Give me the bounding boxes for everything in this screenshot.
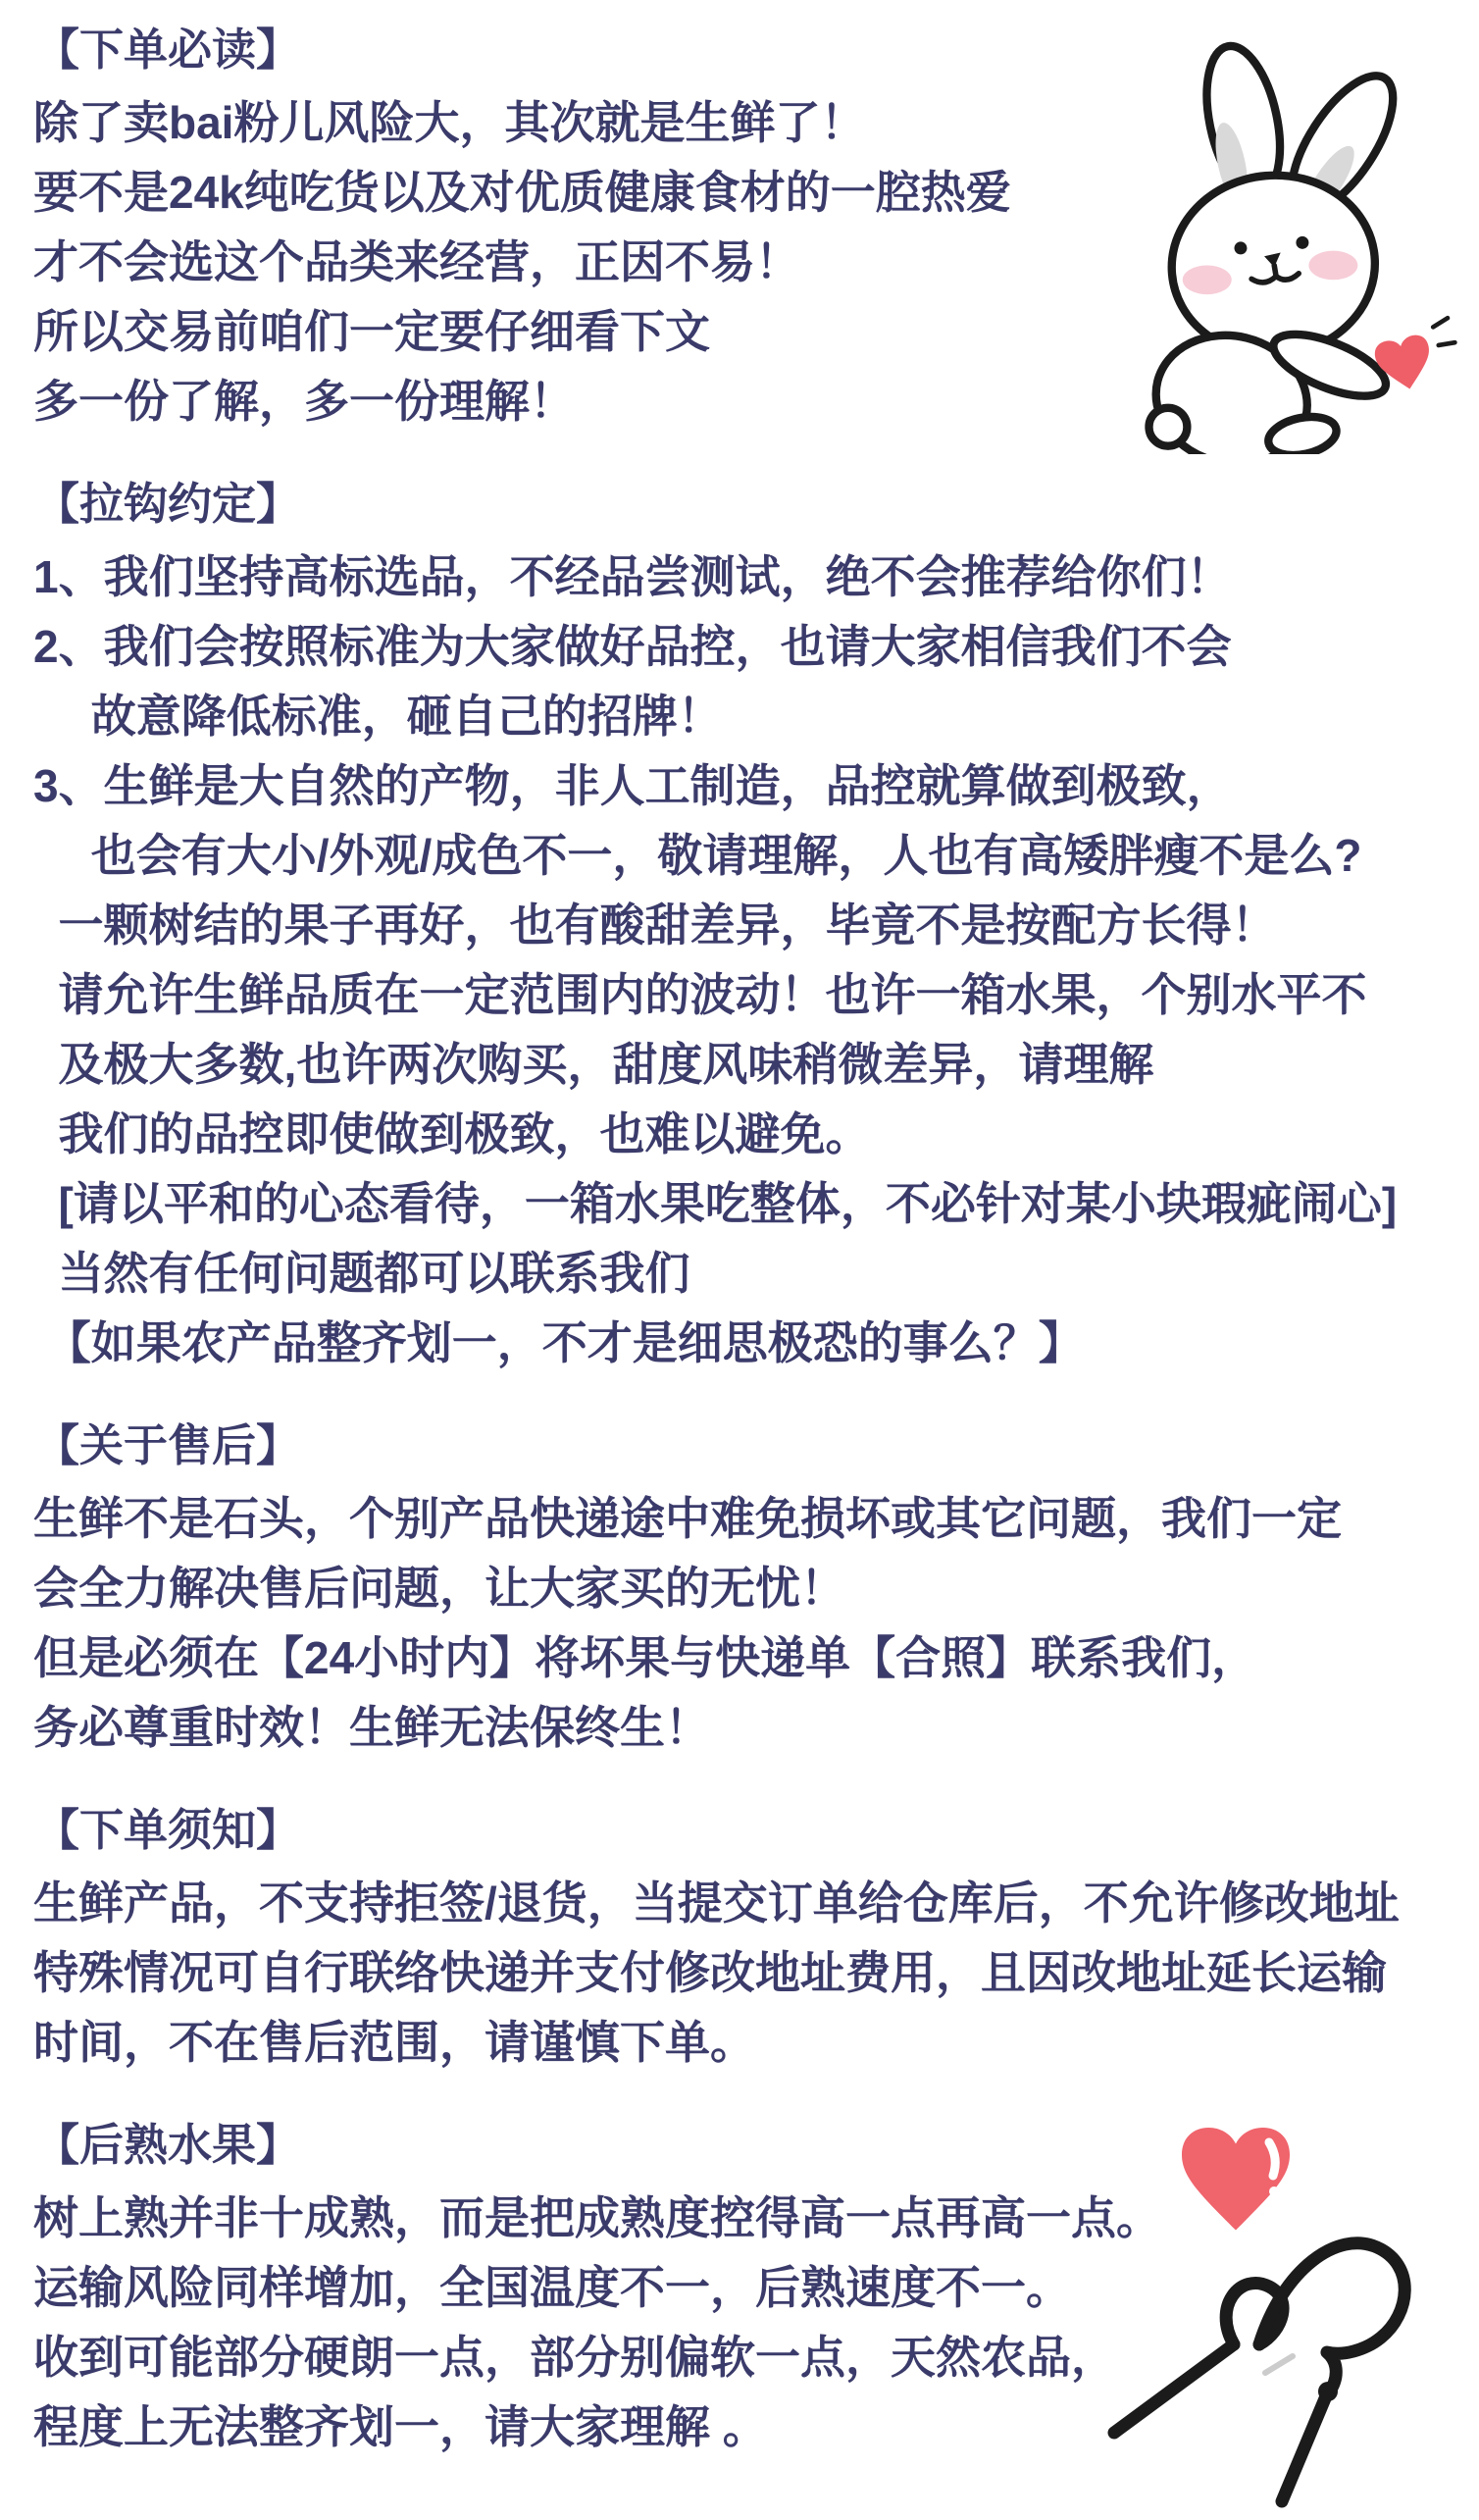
text-line: 1、我们坚持高标选品，不经品尝测试，绝不会推荐给你们！ <box>33 542 1465 612</box>
wrist-line <box>1282 2391 1328 2501</box>
eye-left <box>1235 241 1248 254</box>
hand-edge <box>1114 2344 1234 2433</box>
section-heading: 【关于售后】 <box>35 1417 1465 1474</box>
text-line: 及极大多数,也许两次购买，甜度风味稍微差异，请理解 <box>33 1030 1465 1100</box>
section-heading: 【拉钩约定】 <box>35 476 1465 533</box>
text-line: 生鲜不是石头，个别产品快递途中难免损坏或其它问题，我们一定 <box>33 1484 1465 1554</box>
hand-shadow-line <box>1265 2356 1293 2373</box>
text-line: 【如果农产品整齐划一，不才是细思极恐的事么？】 <box>33 1309 1465 1378</box>
text-line: 也会有大小/外观/成色不一，敬请理解，人也有高矮胖瘦不是么? <box>33 821 1465 891</box>
eye-right <box>1296 236 1308 249</box>
product-notice-page: 【下单必读】除了卖bai粉儿风险大，其次就是生鲜了！要不是24k纯吃货以及对优质… <box>0 0 1479 2520</box>
text-line: 生鲜产品，不支持拒签/退货，当提交订单给仓库后，不允许修改地址 <box>33 1869 1465 1938</box>
text-line: 2、我们会按照标准为大家做好品控，也请大家相信我们不会 <box>33 612 1465 682</box>
heart-highlight-dot <box>1269 2186 1279 2196</box>
blush-right <box>1308 251 1357 281</box>
text-line: 特殊情况可自行联络快递并支付修改地址费用，且因改地址延长运输 <box>33 1938 1465 2008</box>
text-line: [请以平和的心态看待，一箱水果吃整体，不必针对某小块瑕疵闹心] <box>33 1169 1465 1239</box>
finger-heart-sticker <box>1085 2109 1467 2511</box>
text-line: 3、生鲜是大自然的产物，非人工制造，品控就算做到极致， <box>33 751 1465 821</box>
text-line: 务必尊重时效！生鲜无法保终生！ <box>33 1693 1465 1763</box>
text-line: 会全力解决售后问题，让大家买的无忧！ <box>33 1554 1465 1623</box>
section-3: 【关于售后】生鲜不是石头，个别产品快递途中难免损坏或其它问题，我们一定会全力解决… <box>33 1417 1465 1763</box>
section-heading: 【下单须知】 <box>35 1802 1465 1859</box>
section-4: 【下单须知】生鲜产品，不支持拒签/退货，当提交订单给仓库后，不允许修改地址特殊情… <box>33 1802 1465 2078</box>
section-2: 【拉钩约定】1、我们坚持高标选品，不经品尝测试，绝不会推荐给你们！2、我们会按照… <box>33 476 1465 1378</box>
text-line: 故意降低标准，砸自己的招牌！ <box>33 682 1465 751</box>
text-line: 一颗树结的果子再好，也有酸甜差异，毕竟不是按配方长得！ <box>33 891 1465 960</box>
text-line: 当然有任何问题都可以联系我们 <box>33 1239 1465 1309</box>
text-line: 时间，不在售后范围，请谨慎下单。 <box>33 2008 1465 2078</box>
text-line: 请允许生鲜品质在一定范围内的波动！也许一箱水果，个别水平不 <box>33 960 1465 1030</box>
blush-left <box>1183 265 1232 294</box>
sparkle-lines <box>1433 318 1454 345</box>
text-line: 我们的品控即使做到极致，也难以避免。 <box>33 1100 1465 1169</box>
rabbit-heart-sticker <box>1081 27 1473 454</box>
text-line: 但是必须在【24小时内】将坏果与快递单【合照】联系我们， <box>33 1623 1465 1693</box>
